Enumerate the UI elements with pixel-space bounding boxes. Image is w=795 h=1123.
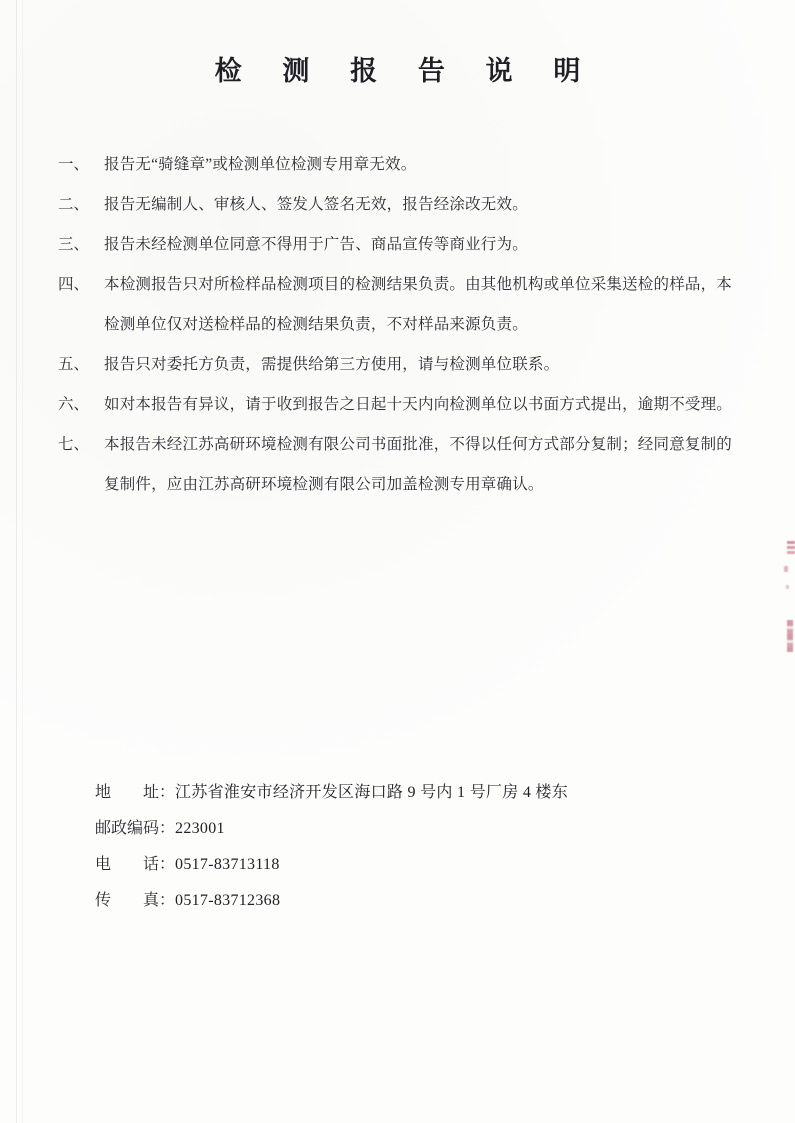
note-number: 三、	[58, 225, 104, 265]
contact-postal-row: 邮政编码：223001	[95, 811, 795, 847]
contact-phone-row: 电 话：0517-83713118	[95, 847, 795, 883]
contact-address-label: 地 址：	[95, 784, 175, 801]
list-item: 六、 如对本报告有异议，请于收到报告之日起十天内向检测单位以书面方式提出，逾期不…	[58, 385, 795, 425]
note-text: 报告只对委托方负责，需提供给第三方使用，请与检测单位联系。	[104, 345, 795, 385]
contact-fax-label: 传 真：	[95, 892, 175, 909]
contact-fax-row: 传 真：0517-83712368	[95, 883, 795, 919]
note-text: 检测单位仅对送检样品的检测结果负责，不对样品来源负责。	[104, 305, 795, 345]
note-number: 二、	[58, 185, 104, 225]
note-text: 报告未经检测单位同意不得用于广告、商品宣传等商业行为。	[104, 225, 795, 265]
list-item: 五、 报告只对委托方负责，需提供给第三方使用，请与检测单位联系。	[58, 345, 795, 385]
contact-address-row: 地 址：江苏省淮安市经济开发区海口路 9 号内 1 号厂房 4 楼东	[95, 775, 795, 811]
contact-address-value: 江苏省淮安市经济开发区海口路 9 号内 1 号厂房 4 楼东	[175, 784, 568, 801]
seal-fragment-icon	[787, 541, 795, 556]
contact-phone-label: 电 话：	[95, 856, 175, 873]
note-text: 如对本报告有异议，请于收到报告之日起十天内向检测单位以书面方式提出，逾期不受理。	[104, 385, 795, 425]
contact-block: 地 址：江苏省淮安市经济开发区海口路 9 号内 1 号厂房 4 楼东 邮政编码：…	[95, 775, 795, 919]
note-text: 本检测报告只对所检样品检测项目的检测结果负责。由其他机构或单位采集送检的样品，本	[104, 265, 795, 305]
list-item: 二、 报告无编制人、审核人、签发人签名无效，报告经涂改无效。	[58, 185, 795, 225]
contact-phone-value: 0517-83713118	[175, 856, 280, 873]
seal-fragment-icon	[786, 585, 789, 589]
note-text: 报告无编制人、审核人、签发人签名无效，报告经涂改无效。	[104, 185, 795, 225]
list-item: 三、 报告未经检测单位同意不得用于广告、商品宣传等商业行为。	[58, 225, 795, 265]
note-number: 六、	[58, 385, 104, 425]
note-text: 复制件，应由江苏高研环境检测有限公司加盖检测专用章确认。	[104, 465, 795, 505]
contact-postal-label: 邮政编码：	[95, 820, 175, 837]
scan-artifact-line	[22, 0, 23, 1123]
note-number: 四、	[58, 265, 104, 305]
seal-fragment-icon	[787, 620, 793, 652]
note-number: 一、	[58, 145, 104, 185]
note-number: 七、	[58, 425, 104, 465]
page-title: 检 测 报 告 说 明	[0, 0, 795, 90]
note-text: 报告无“骑缝章”或检测单位检测专用章无效。	[104, 145, 795, 185]
contact-fax-value: 0517-83712368	[175, 892, 280, 909]
seal-fragment-icon	[784, 566, 788, 572]
list-item: 四、 本检测报告只对所检样品检测项目的检测结果负责。由其他机构或单位采集送检的样…	[58, 265, 795, 345]
document-page: 检 测 报 告 说 明 一、 报告无“骑缝章”或检测单位检测专用章无效。 二、 …	[0, 0, 795, 1123]
contact-postal-value: 223001	[175, 820, 225, 837]
list-item: 一、 报告无“骑缝章”或检测单位检测专用章无效。	[58, 145, 795, 185]
note-number: 五、	[58, 345, 104, 385]
list-item: 七、 本报告未经江苏高研环境检测有限公司书面批准，不得以任何方式部分复制；经同意…	[58, 425, 795, 505]
notes-list: 一、 报告无“骑缝章”或检测单位检测专用章无效。 二、 报告无编制人、审核人、签…	[58, 145, 795, 505]
note-text: 本报告未经江苏高研环境检测有限公司书面批准，不得以任何方式部分复制；经同意复制的	[104, 425, 795, 465]
scan-artifact-line	[16, 0, 17, 1123]
